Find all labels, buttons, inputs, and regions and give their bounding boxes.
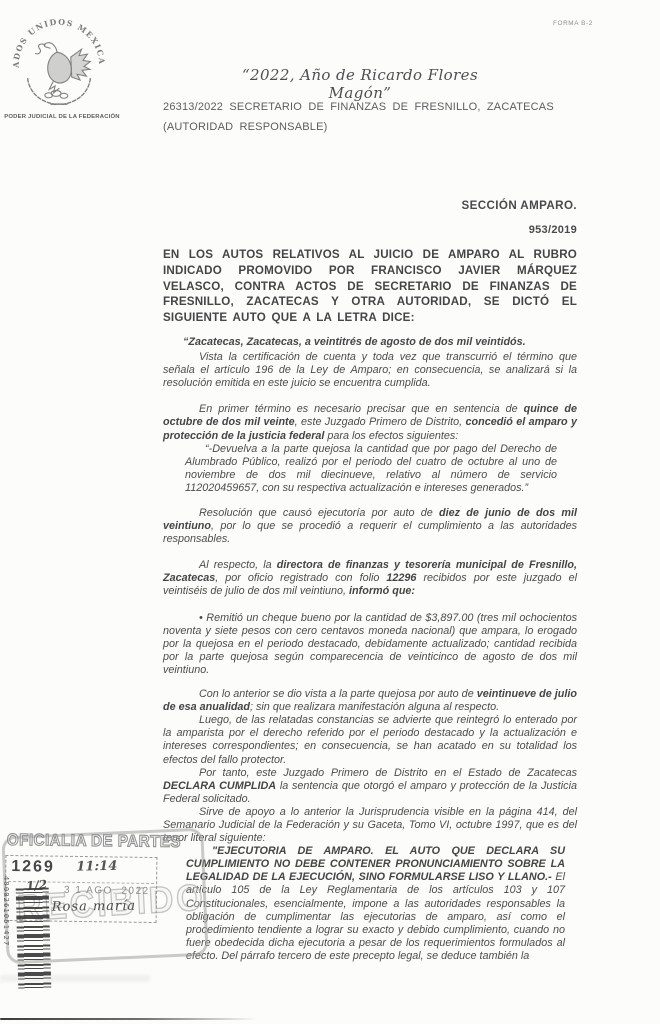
text-segment: , este Juzgado Primero de Distrito, [295,416,466,428]
text-segment: , por oficio registrado con folio [215,572,386,584]
case-reference: 26313/2022 SECRETARIO DE FINANZAS DE FRE… [163,97,579,137]
oficialia-de-partes-stamp: OFICIALIA DE PARTES [7,831,181,852]
emphasized-text: informó que: [349,585,415,597]
paragraph: Al respecto, la directora de finanzas y … [163,559,577,598]
paragraph: “Zacatecas, Zacatecas, a veintitrés de a… [163,336,577,349]
folio-number: 1269 [11,858,55,877]
text-segment: EN LOS AUTOS RELATIVOS AL JUICIO DE AMPA… [163,248,577,324]
reception-stamp-cluster: OFICIALIA DE PARTES RECIBIDO 1269 11:14 … [0,826,240,1024]
text-segment: , por lo que se procedió a requerir el c… [163,520,577,545]
national-coat-of-arms: ESTADOS UNIDOS MEXICANOS [10,12,108,110]
emphasized-text: "EJECUTORIA DE AMPARO. EL AUTO QUE DECLA… [186,845,565,883]
receiver-signature: Rosa maría [52,899,137,915]
form-code-label: FORMA B-2 [553,20,593,27]
barcode-number: 4000261051427 [2,876,10,1001]
text-segment: “Zacatecas, Zacatecas, a veintitrés de a… [183,336,526,348]
emphasized-text: DECLARA CUMPLIDA [163,780,276,792]
case-reference-line2: (AUTORIDAD RESPONSABLE) [163,117,579,137]
paragraph: Luego, de las relatadas constancias se a… [163,714,577,766]
case-number: 953/2019 [529,224,577,236]
text-segment: El artículo 105 de la Ley Reglamentaria … [186,871,565,962]
text-segment: “-Devuelva a la parte quejosa la cantida… [185,443,557,494]
text-segment: En primer término es necesario precisar … [199,403,524,415]
paragraph: • Remitió un cheque bueno por la cantida… [163,612,577,677]
scanned-document-page: ESTADOS UNIDOS MEXICANOS PODER JUDICIAL … [0,0,660,1024]
text-segment: ; sin que realizara manifestación alguna… [250,701,499,713]
text-segment: Al respecto, la [199,559,277,571]
text-segment: Por tanto, este Juzgado Primero de Distr… [199,767,577,779]
scan-smudge [0,975,150,982]
eagle-seal-icon: ESTADOS UNIDOS MEXICANOS [10,12,108,110]
received-date-stamp: 3 1 AGO. 2022 [64,885,150,897]
paragraph: Resolución que causó ejecutoría por auto… [163,507,577,546]
text-segment: para los efectos siguientes: [324,430,458,442]
paragraph: Vista la certificación de cuenta y toda … [163,351,577,390]
paragraph: Con lo anterior se dio vista a la parte … [163,688,577,714]
paragraph: En primer término es necesario precisar … [163,403,577,442]
paragraph: EN LOS AUTOS RELATIVOS AL JUICIO DE AMPA… [163,247,577,326]
paragraph: “-Devuelva a la parte quejosa la cantida… [163,443,577,495]
paragraph: Por tanto, este Juzgado Primero de Distr… [163,767,577,806]
case-reference-line1: 26313/2022 SECRETARIO DE FINANZAS DE FRE… [163,97,579,117]
emphasized-text: 12296 [386,572,416,584]
text-segment: Vista la certificación de cuenta y toda … [163,351,577,389]
text-segment: Resolución que causó ejecutoría por auto… [199,507,439,519]
text-segment: • Remitió un cheque bueno por la cantida… [163,612,577,676]
text-segment: Luego, de las relatadas constancias se a… [163,714,577,765]
text-segment: Con lo anterior se dio vista a la parte … [199,688,477,700]
received-time: 11:14 [76,859,117,875]
section-label: SECCIÓN AMPARO. [461,199,577,212]
institution-label: PODER JUDICIAL DE LA FEDERACIÓN [2,114,122,120]
